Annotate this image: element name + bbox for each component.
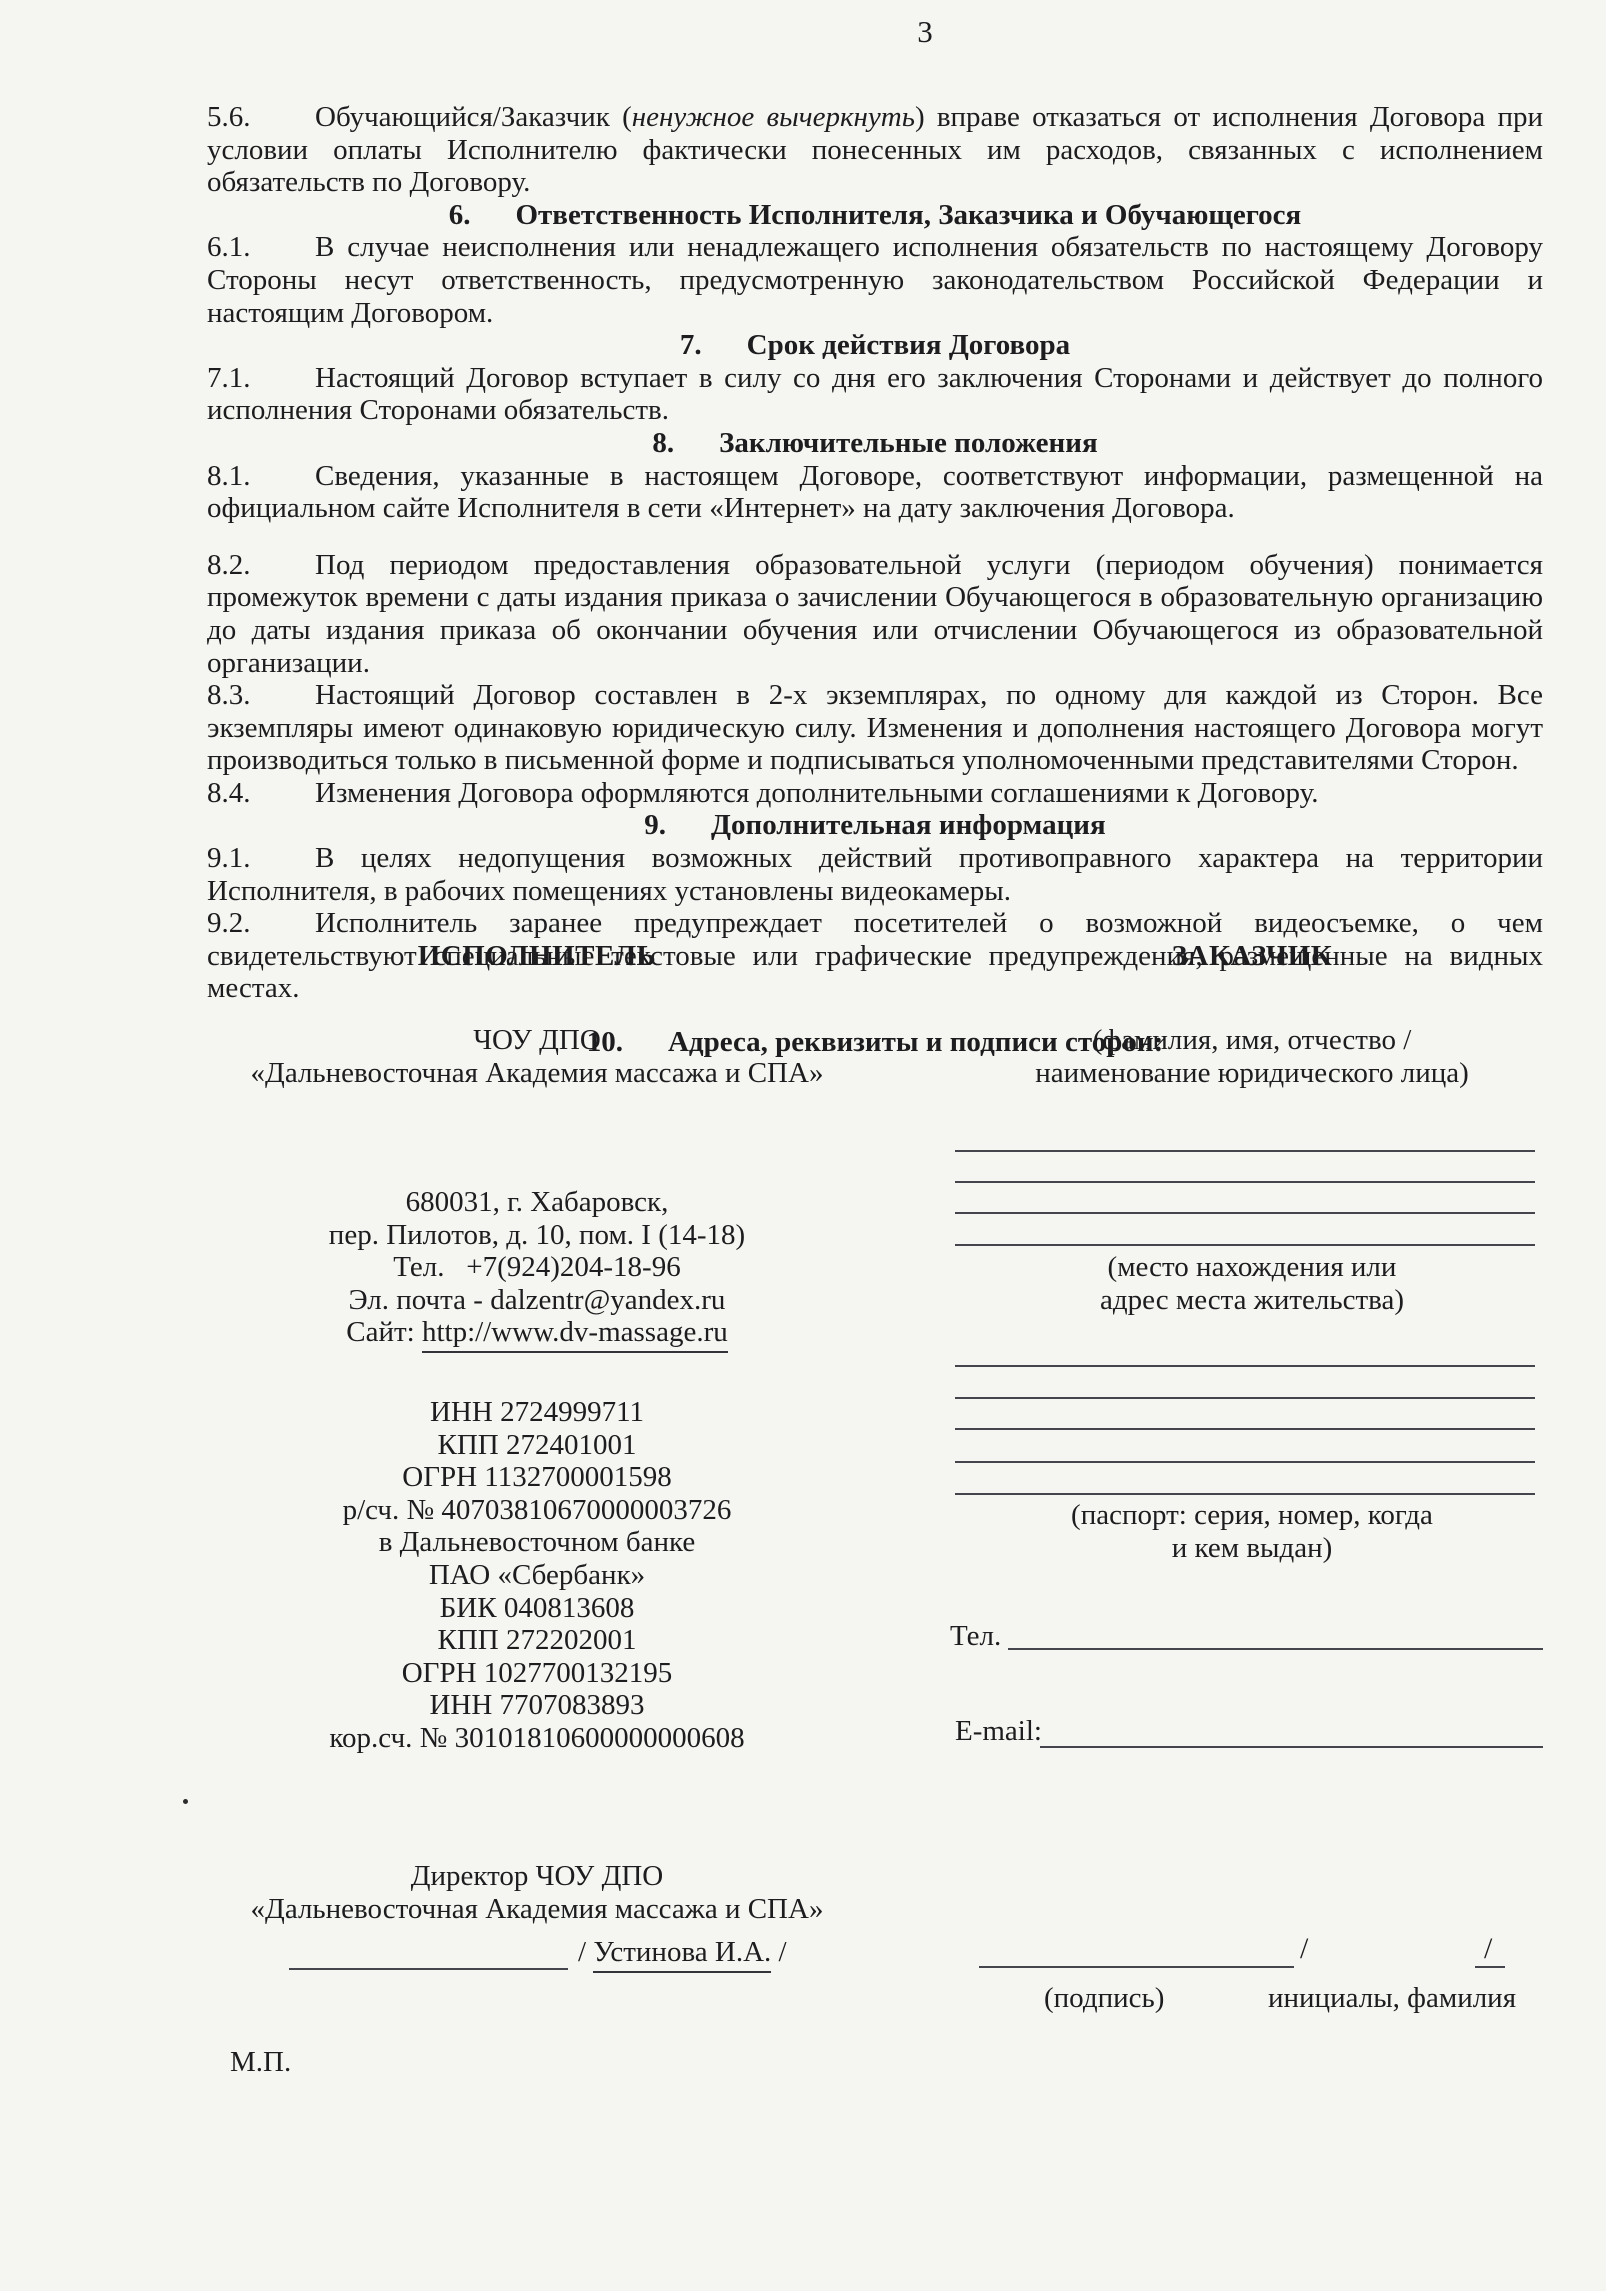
text-line: ПАО «Сбербанк»	[207, 1559, 867, 1592]
email-blank-line	[1040, 1746, 1543, 1748]
section-number: 9.	[644, 809, 666, 841]
executor-director: Директор ЧОУ ДПО«Дальневосточная Академи…	[207, 1860, 867, 1925]
text-line: кор.сч. № 30101810600000000608	[207, 1722, 867, 1755]
phone-label: Тел.	[950, 1620, 1001, 1653]
customer-fio-caption: (фамилия, имя, отчество /наименование юр…	[952, 1024, 1552, 1089]
text-line: КПП 272202001	[207, 1624, 867, 1657]
blank-line	[955, 1461, 1535, 1463]
initials-caption: инициалы, фамилия	[1268, 1982, 1516, 2015]
signature-caption: (подпись)	[1044, 1982, 1164, 2015]
clause-5-6: 5.6.Обучающийся/Заказчик (ненужное вычер…	[207, 101, 1543, 199]
scan-dot-artifact	[183, 1799, 188, 1804]
text-line: (фамилия, имя, отчество /	[952, 1024, 1552, 1057]
slash: /	[779, 1936, 787, 1968]
text-line: ЧОУ ДПО	[207, 1024, 867, 1057]
blank-line	[955, 1397, 1535, 1399]
slash: /	[578, 1936, 586, 1968]
page-number: 3	[900, 14, 950, 50]
section-number: 6.	[449, 199, 471, 231]
section-heading: 9.Дополнительная информация	[207, 809, 1543, 842]
email-label: E-mail:	[955, 1715, 1042, 1748]
clause-8-2: 8.2.Под периодом предоставления образова…	[207, 549, 1543, 679]
initials-blank-line	[1475, 1966, 1505, 1968]
clause-7-1: 7.1.Настоящий Договор вступает в силу со…	[207, 362, 1543, 427]
text-line: (место нахождения или	[952, 1251, 1552, 1284]
executor-bank-details: ИНН 2724999711КПП 272401001ОГРН 11327000…	[207, 1396, 867, 1755]
clause-9-1: 9.1.В целях недопущения возможных действ…	[207, 842, 1543, 907]
clause-8-1: 8.1.Сведения, указанные в настоящем Дого…	[207, 460, 1543, 525]
text-line: наименование юридического лица)	[952, 1057, 1552, 1090]
blank-line	[955, 1493, 1535, 1495]
text-line: КПП 272401001	[207, 1429, 867, 1462]
blank-line	[955, 1212, 1535, 1214]
customer-signature-blank-line	[979, 1966, 1294, 1968]
slash: /	[1300, 1932, 1308, 1966]
clause-number: 9.1.	[207, 842, 315, 875]
clause-8-4: 8.4.Изменения Договора оформляются допол…	[207, 777, 1543, 810]
blank-line	[955, 1181, 1535, 1183]
clause-number: 9.2.	[207, 907, 315, 940]
section-title: Срок действия Договора	[747, 329, 1070, 361]
blank-line	[955, 1244, 1535, 1246]
section-title: Ответственность Исполнителя, Заказчика и…	[516, 199, 1302, 231]
clause-number: 8.3.	[207, 679, 315, 712]
section-heading: 7.Срок действия Договора	[207, 329, 1543, 362]
executor-header: ИСПОЛНИТЕЛЬ	[207, 940, 867, 973]
text-line: ОГРН 1027700132195	[207, 1657, 867, 1690]
blank-line	[955, 1150, 1535, 1152]
text-line: (паспорт: серия, номер, когда	[952, 1499, 1552, 1532]
section-title: Дополнительная информация	[711, 809, 1106, 841]
executor-address: 680031, г. Хабаровск,пер. Пилотов, д. 10…	[207, 1186, 867, 1316]
executor-signature-blank-line	[289, 1968, 568, 1970]
phone-blank-line	[1008, 1648, 1543, 1650]
text-line: ОГРН 1132700001598	[207, 1461, 867, 1494]
section-number: 8.	[652, 427, 674, 459]
clause-number: 8.2.	[207, 549, 315, 582]
blank-line	[955, 1428, 1535, 1430]
text-line: адрес места жительства)	[952, 1284, 1552, 1317]
contract-body: 5.6.Обучающийся/Заказчик (ненужное вычер…	[207, 101, 1543, 1059]
customer-passport-caption: (паспорт: серия, номер, когдаи кем выдан…	[952, 1499, 1552, 1564]
executor-org-name: ЧОУ ДПО«Дальневосточная Академия массажа…	[207, 1024, 867, 1089]
executor-signature-name: / Устинова И.А. /	[578, 1936, 787, 1969]
text-line: 680031, г. Хабаровск,	[207, 1186, 867, 1219]
clause-number: 6.1.	[207, 231, 315, 264]
clause-number: 5.6.	[207, 101, 315, 134]
section-title: Заключительные положения	[719, 427, 1098, 459]
blank-line	[955, 1365, 1535, 1367]
text-line: ИНН 7707083893	[207, 1689, 867, 1722]
text-line: «Дальневосточная Академия массажа и СПА»	[207, 1057, 867, 1090]
director-name: Устинова И.А.	[593, 1936, 771, 1973]
slash: /	[1484, 1932, 1492, 1966]
text-line: пер. Пилотов, д. 10, пом. I (14-18)	[207, 1219, 867, 1252]
section-number: 7.	[680, 329, 702, 361]
clause-number: 8.1.	[207, 460, 315, 493]
site-url: http://www.dv-massage.ru	[422, 1316, 728, 1353]
text-line: в Дальневосточном банке	[207, 1526, 867, 1559]
text-line: Эл. почта - dalzentr@yandex.ru	[207, 1284, 867, 1317]
text-line: ИНН 2724999711	[207, 1396, 867, 1429]
section-heading: 6.Ответственность Исполнителя, Заказчика…	[207, 199, 1543, 232]
text-line: р/сч. № 40703810670000003726	[207, 1494, 867, 1527]
site-label: Сайт:	[346, 1316, 422, 1348]
scanned-contract-page: 3 5.6.Обучающийся/Заказчик (ненужное выч…	[0, 0, 1606, 2291]
text-line: Тел. +7(924)204-18-96	[207, 1251, 867, 1284]
text-line: Директор ЧОУ ДПО	[207, 1860, 867, 1893]
executor-site-line: Сайт: http://www.dv-massage.ru	[207, 1316, 867, 1349]
clause-number: 7.1.	[207, 362, 315, 395]
text-line: БИК 040813608	[207, 1592, 867, 1625]
clause-number: 8.4.	[207, 777, 315, 810]
customer-place-caption: (место нахождения илиадрес места жительс…	[952, 1251, 1552, 1316]
stamp-placeholder: М.П.	[230, 2046, 291, 2079]
clause-6-1: 6.1.В случае неисполнения или ненадлежащ…	[207, 231, 1543, 329]
text-line: и кем выдан)	[952, 1532, 1552, 1565]
customer-header: ЗАКАЗЧИК	[952, 940, 1552, 973]
clause-8-3: 8.3.Настоящий Договор составлен в 2-х эк…	[207, 679, 1543, 777]
section-heading: 8.Заключительные положения	[207, 427, 1543, 460]
text-line: «Дальневосточная Академия массажа и СПА»	[207, 1893, 867, 1926]
